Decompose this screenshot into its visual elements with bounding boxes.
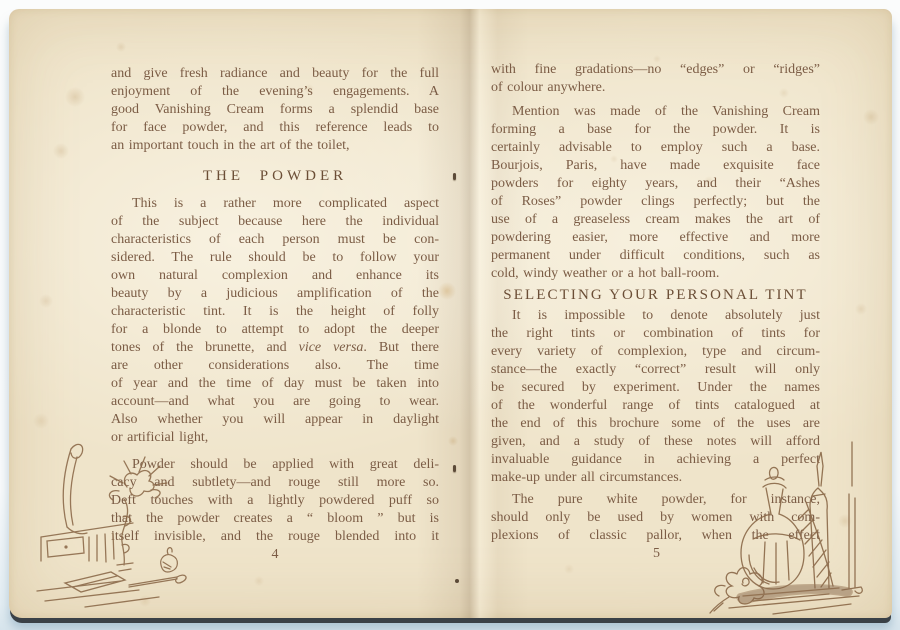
text-line: stance—the exactly “correct” result will… — [491, 361, 820, 379]
text-line: beauty by a judicious amplification of t… — [111, 285, 439, 303]
text-line: Bourjois, Paris, have made exquisite fac… — [491, 157, 820, 175]
text-line: with fine gradations—no “edges” or “ridg… — [491, 61, 820, 79]
text-line: invaluable guidance in achieving a perfe… — [491, 451, 820, 469]
text-line-vice-versa: tones of the brunette, and vice versa. B… — [111, 339, 439, 357]
page-number-left: 4 — [111, 547, 439, 563]
text-line: enjoyment of the evening’s engagements. … — [111, 83, 439, 101]
text-line: cacy and subtlety—and rouge still more s… — [111, 474, 439, 492]
page-left-text: and give fresh radiance and beauty for t… — [111, 65, 439, 546]
text-line: Also whether you will appear in daylight — [111, 411, 439, 429]
text-line: Powder should be applied with great deli… — [111, 456, 439, 474]
text-line: or artificial light, — [111, 429, 439, 447]
text-line: Deft touches with a lightly powdered puf… — [111, 492, 439, 510]
text-line: cold, windy weather or a hot ball-room. — [491, 265, 820, 283]
text-line: sidered. The rule should be to follow yo… — [111, 249, 439, 267]
text-line: good Vanishing Cream forms a splendid ba… — [111, 101, 439, 119]
text-line: are other considerations also. The time — [111, 357, 439, 375]
text-line: be secured by experiment. Under the name… — [491, 379, 820, 397]
text-line: of colour anywhere. — [491, 79, 820, 97]
text-line: the end of this brochure some of the use… — [491, 415, 820, 433]
text-line: the right tints or combination of tints … — [491, 325, 820, 343]
text-line: plexions of classic pallor, when the eff… — [491, 527, 820, 545]
staple-top — [453, 173, 456, 180]
page-right-text: with fine gradations—no “edges” or “ridg… — [491, 61, 820, 545]
text-line: certainly advisable to employ such a bas… — [491, 139, 820, 157]
text-line: of year and the time of day must be take… — [111, 375, 439, 393]
text-line: permanent under difficult conditions, su… — [491, 247, 820, 265]
staple-bottom — [453, 465, 456, 472]
text-fragment: tones of the brunette, and — [111, 340, 299, 355]
text-line: forming a base for the powder. It is — [491, 121, 820, 139]
text-line: The pure white powder, for instance, — [491, 491, 820, 509]
section-heading-the-powder: THE POWDER — [111, 167, 439, 185]
text-line: itself invisible, and the rouge blended … — [111, 528, 439, 546]
scan-surface: and give fresh radiance and beauty for t… — [0, 0, 900, 630]
staple-mark — [455, 579, 459, 583]
italic-text: vice versa — [299, 340, 364, 355]
text-line: an important touch in the art of the toi… — [111, 137, 439, 155]
text-line: of the wonderful range of tints catalogu… — [491, 397, 820, 415]
text-line: for a blonde to attempt to adopt the dee… — [111, 321, 439, 339]
page-number-right: 5 — [492, 546, 821, 562]
text-line: of the subject because here the individu… — [111, 213, 439, 231]
text-line: that the powder creates a “ bloom ” but … — [111, 510, 439, 528]
text-line: for face powder, and this reference lead… — [111, 119, 439, 137]
text-line: It is impossible to denote absolutely ju… — [491, 307, 820, 325]
text-line: This is a rather more complicated aspect — [111, 195, 439, 213]
text-line: every variety of complexion, type and ci… — [491, 343, 820, 361]
text-line: use of a greaseless cream makes the art … — [491, 211, 820, 229]
text-line: and give fresh radiance and beauty for t… — [111, 65, 439, 83]
text-line: of Roses” powder clings perfectly; but t… — [491, 193, 820, 211]
open-booklet: and give fresh radiance and beauty for t… — [9, 9, 892, 618]
text-line: powdering easier, more effective and mor… — [491, 229, 820, 247]
text-line: powders for eighty years, and their “Ash… — [491, 175, 820, 193]
text-line: given, and a study of these notes will a… — [491, 433, 820, 451]
text-line: own natural complexion and enhance its — [111, 267, 439, 285]
text-line: characteristic tint. It is the height of… — [111, 303, 439, 321]
text-fragment: . But there — [363, 340, 439, 355]
text-line: Mention was made of the Vanishing Cream — [491, 103, 820, 121]
text-line: make-up under all circumstances. — [491, 469, 820, 487]
text-line: should only be used by women with com- — [491, 509, 820, 527]
section-heading-selecting-tint: SELECTING YOUR PERSONAL TINT — [491, 286, 820, 304]
text-line: characteristics of each person must be c… — [111, 231, 439, 249]
text-line: account—and what you are going to wear. — [111, 393, 439, 411]
